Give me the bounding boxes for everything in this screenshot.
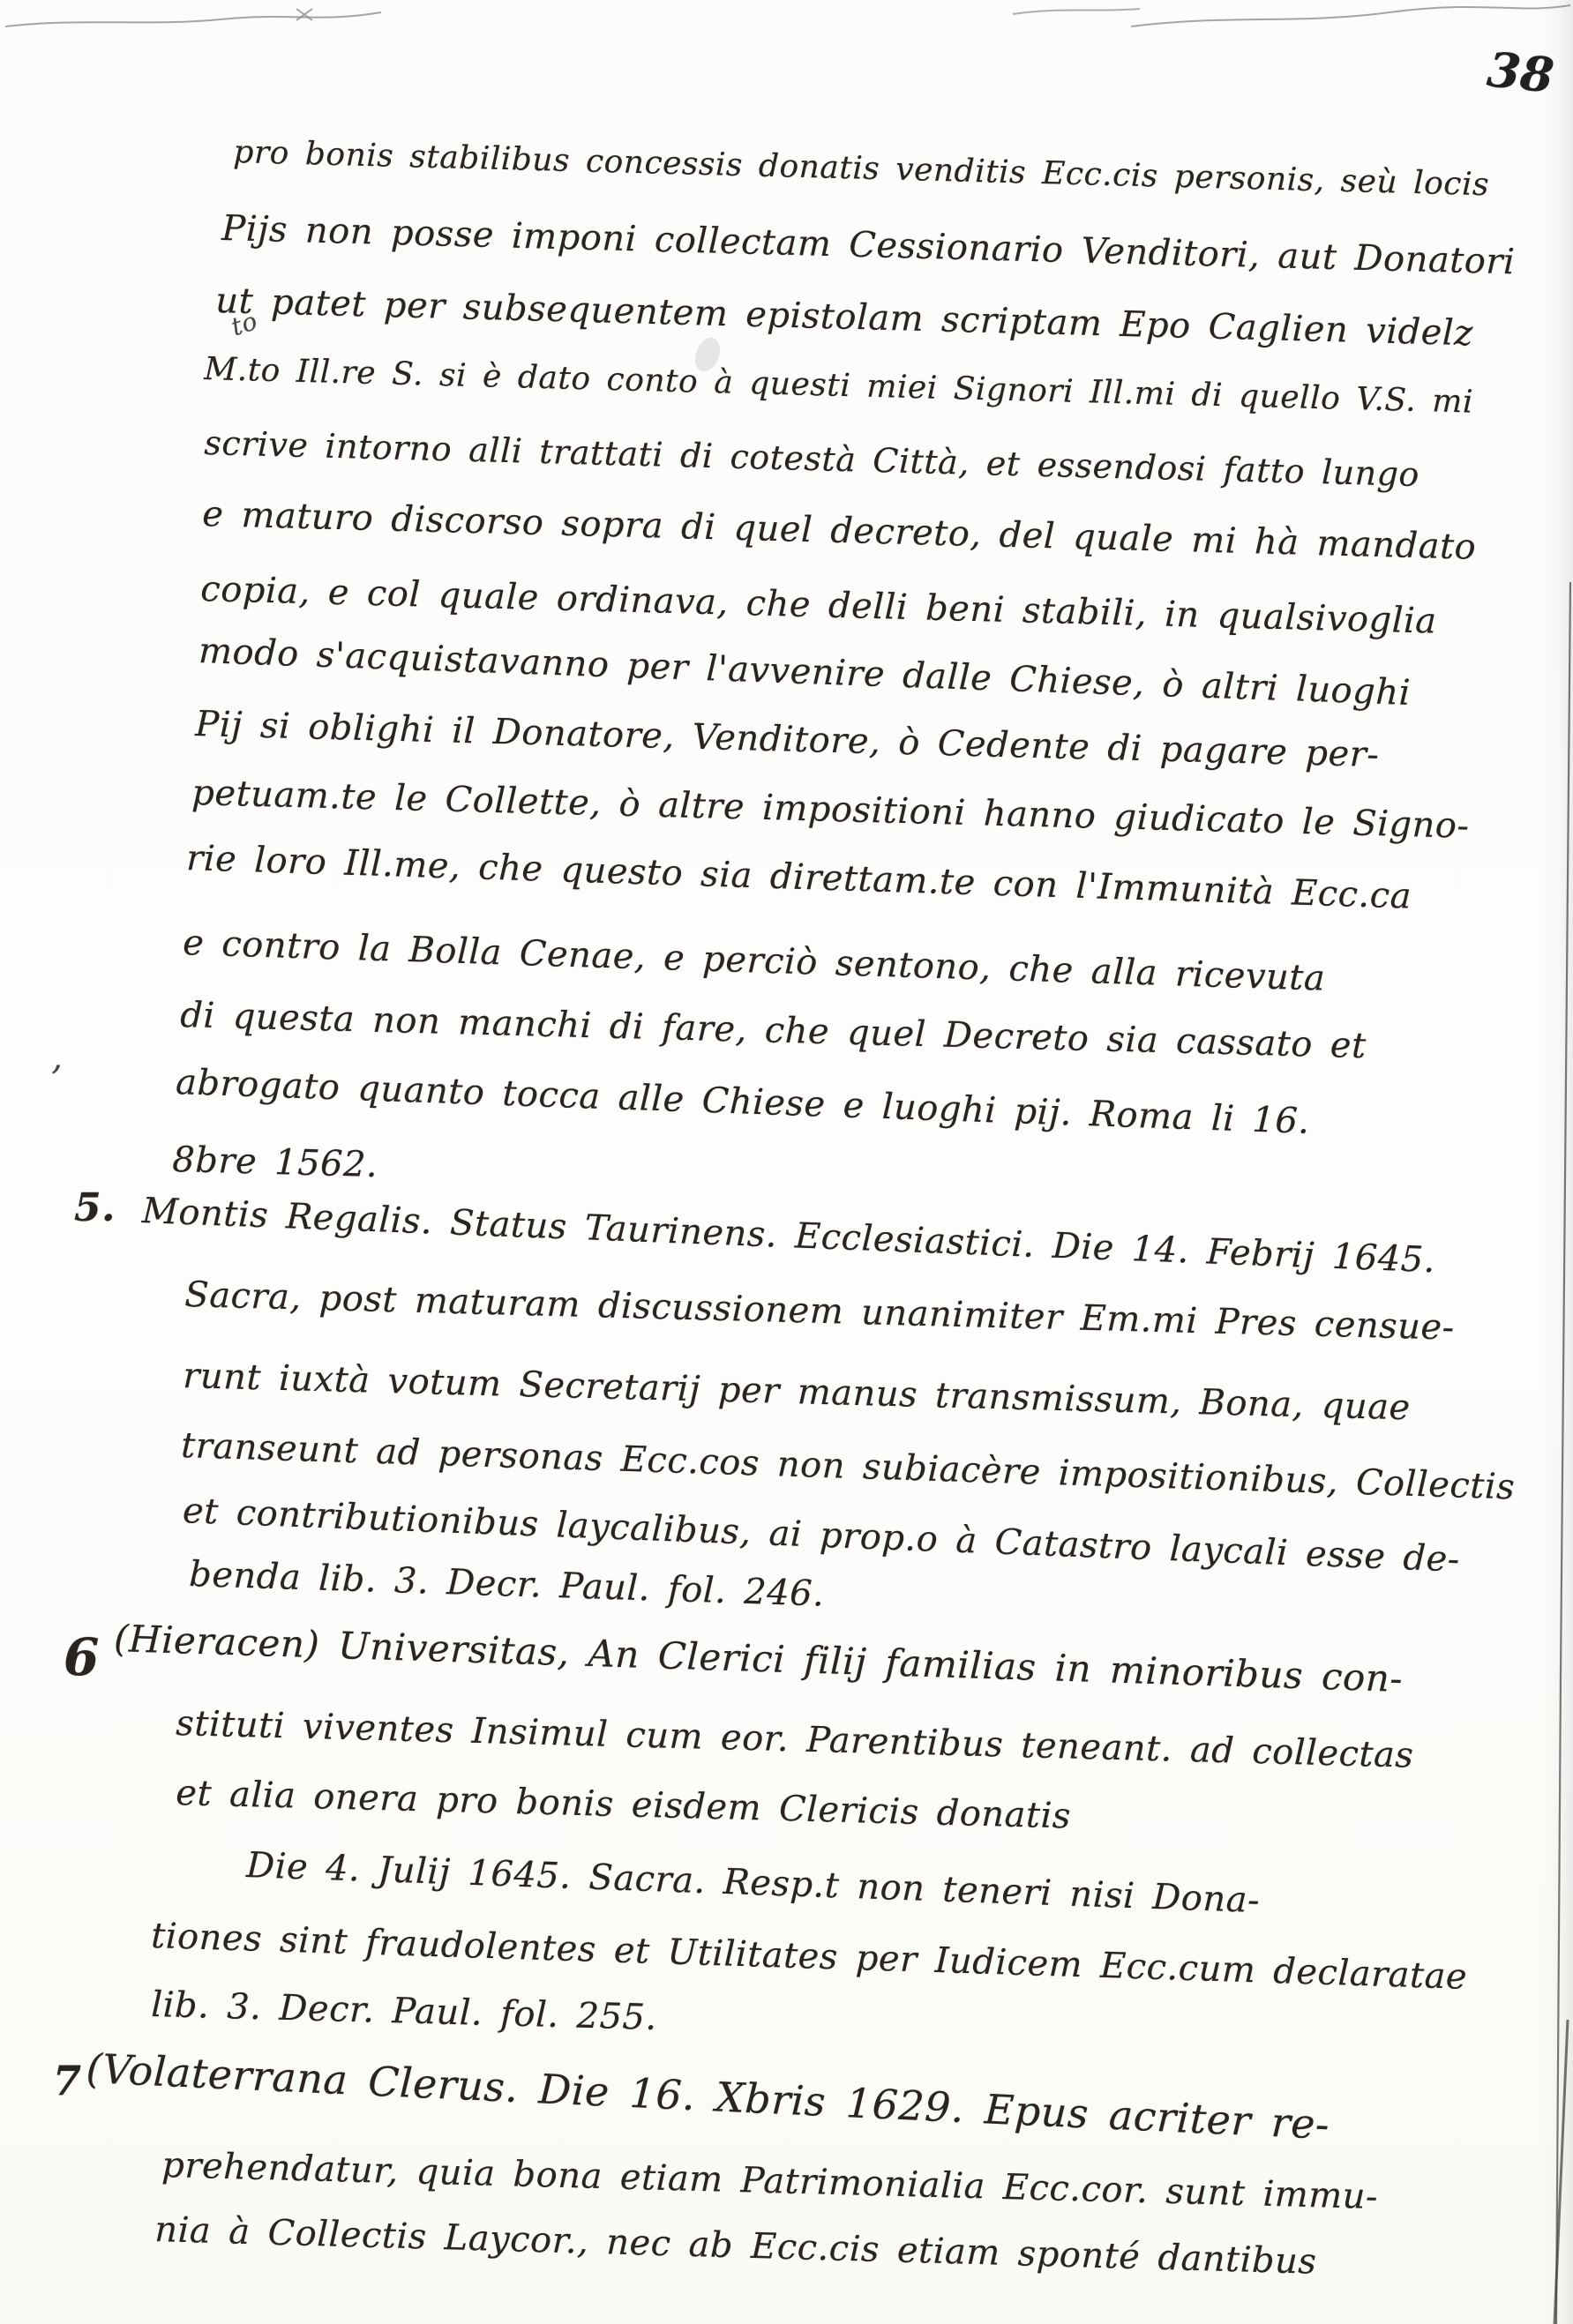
- manuscript-line: prehendatur, quia bona etiam Patrimonial…: [161, 2145, 1379, 2217]
- manuscript-line: copia, e col quale ordinava, che delli b…: [200, 569, 1437, 642]
- top-edge-scan-artifact-mid: [1013, 9, 1140, 14]
- manuscript-line: et alia onera pro bonis eisdem Clericis …: [176, 1773, 1072, 1837]
- manuscript-line: transeunt ad personas Ecc.cos non subiac…: [181, 1425, 1516, 1507]
- page-number: 38: [1485, 41, 1556, 104]
- manuscript-line: runt iuxtà votum Secretarij per manus tr…: [183, 1356, 1411, 1428]
- manuscript-line: abrogato quanto tocca alle Chiese e luog…: [175, 1062, 1310, 1142]
- manuscript-line: scrive intorno alli trattati di cotestà …: [204, 423, 1420, 494]
- manuscript-line: (Volaterrana Clerus. Die 16. Xbris 1629.…: [86, 2044, 1331, 2148]
- manuscript-line: rie loro Ill.me, che questo sia direttam…: [186, 838, 1412, 917]
- item-number: 6: [64, 1627, 100, 1687]
- manuscript-line: di questa non manchi di fare, che quel D…: [180, 995, 1367, 1066]
- manuscript-line: M.to Ill.re S. si è dato conto à questi …: [204, 351, 1474, 421]
- manuscript-line: Die 4. Julij 1645. Sacra. Resp.t non ten…: [245, 1845, 1260, 1921]
- manuscript-line: tiones sint fraudolentes et Utilitates p…: [151, 1916, 1468, 1998]
- manuscript-line: stituti viventes Insimul cum eor. Parent…: [176, 1703, 1414, 1776]
- manuscript-line: 8bre 1562.: [172, 1140, 378, 1185]
- item-number: 7: [53, 2057, 82, 2104]
- manuscript-line: ut patet per subsequentem epistolam scri…: [215, 280, 1474, 354]
- item-number: 5.: [74, 1185, 116, 1230]
- manuscript-line: petuam.te le Collette, ò altre impositio…: [191, 773, 1470, 847]
- manuscript-line: Pijs non posse imponi collectam Cessiona…: [221, 208, 1516, 282]
- manuscript-page: 38 pro bonis stabilibus concessis donati…: [0, 0, 1573, 2324]
- manuscript-line: lib. 3. Decr. Paul. fol. 255.: [151, 1984, 657, 2038]
- manuscript-line: modo s'acquistavanno per l'avvenire dall…: [198, 631, 1411, 714]
- manuscript-line: (Hieracen) Universitas, An Clerici filij…: [113, 1617, 1403, 1700]
- manuscript-line: benda lib. 3. Decr. Paul. fol. 246.: [189, 1554, 826, 1615]
- page-edge-shadow: [1538, 0, 1573, 2324]
- manuscript-line: nia à Collectis Laycor., nec ab Ecc.cis …: [154, 2209, 1317, 2283]
- x-mark-artifact: [296, 9, 312, 20]
- top-edge-scan-artifact-right: [1131, 5, 1570, 26]
- manuscript-line: Sacra, post maturam discussionem unanimi…: [184, 1274, 1455, 1349]
- manuscript-line: Pij si oblighi il Donatore, Venditore, ò…: [195, 704, 1380, 775]
- manuscript-line: pro bonis stabilibus concessis donatis v…: [233, 134, 1490, 203]
- interlinear-mark: ‚: [51, 1037, 63, 1078]
- manuscript-line: Montis Regalis. Status Taurinens. Eccles…: [141, 1191, 1436, 1281]
- manuscript-line: e contro la Bolla Cenae, e perciò senton…: [183, 923, 1326, 999]
- top-edge-scan-artifact-left: [5, 12, 381, 26]
- manuscript-line: e maturo discorso sopra di quel decreto,…: [202, 494, 1477, 568]
